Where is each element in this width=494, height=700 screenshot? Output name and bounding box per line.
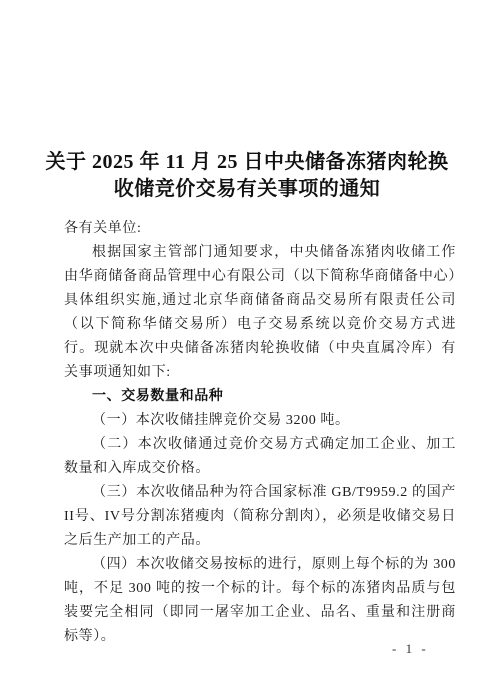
notice-title: 关于 2025 年 11 月 25 日中央储备冻猪肉轮换 收储竞价交易有关事项的… xyxy=(30,149,464,203)
section-1-item-4: （四）本次收储交易按标的进行，原则上每个标的为 300 吨，不足 300 吨的按… xyxy=(64,553,456,649)
section-1-heading: 一、交易数量和品种 xyxy=(64,385,456,409)
intro-paragraph: 根据国家主管部门通知要求，中央储备冻猪肉收储工作由华商储备商品管理中心有限公司（… xyxy=(64,241,456,385)
section-1-item-2: （二）本次收储通过竞价交易方式确定加工企业、加工数量和入库成交价格。 xyxy=(64,433,456,481)
notice-title-line2: 收储竞价交易有关事项的通知 xyxy=(30,176,464,203)
greeting-line: 各有关单位: xyxy=(64,217,456,241)
page-number: - 1 - xyxy=(392,641,429,657)
notice-title-line1: 关于 2025 年 11 月 25 日中央储备冻猪肉轮换 xyxy=(30,149,464,176)
section-1-item-3: （三）本次收储品种为符合国家标准 GB/T9959.2 的国产II号、IV号分割… xyxy=(64,481,456,553)
notice-body: 各有关单位: 根据国家主管部门通知要求，中央储备冻猪肉收储工作由华商储备商品管理… xyxy=(64,217,456,649)
document-page: 关于 2025 年 11 月 25 日中央储备冻猪肉轮换 收储竞价交易有关事项的… xyxy=(0,0,494,700)
section-1-item-1: （一）本次收储挂牌竞价交易 3200 吨。 xyxy=(64,409,456,433)
